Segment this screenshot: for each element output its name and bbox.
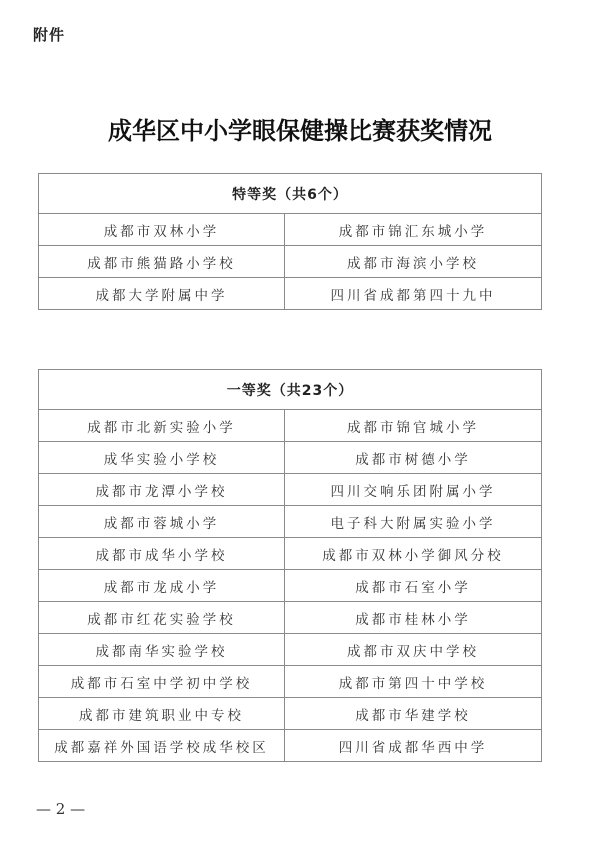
- table-row: 成都市石室中学初中学校 成都市第四十中学校: [39, 666, 542, 698]
- school-cell: 四川省成都第四十九中: [285, 278, 542, 310]
- table-row: 成都大学附属中学 四川省成都第四十九中: [39, 278, 542, 310]
- school-cell: 成华实验小学校: [39, 442, 285, 474]
- school-cell: 四川交响乐团附属小学: [285, 474, 542, 506]
- first-award-heading: 一等奖（共23个）: [39, 370, 542, 410]
- school-cell: 四川省成都华西中学: [285, 730, 542, 762]
- table-row: 成都市红花实验学校 成都市桂林小学: [39, 602, 542, 634]
- table-row: 成华实验小学校 成都市树德小学: [39, 442, 542, 474]
- school-cell: 成都市石室中学初中学校: [39, 666, 285, 698]
- table-row: 成都市北新实验小学 成都市锦官城小学: [39, 410, 542, 442]
- school-cell: 成都市红花实验学校: [39, 602, 285, 634]
- document-title: 成华区中小学眼保健操比赛获奖情况: [0, 111, 600, 146]
- school-cell: 成都市双林小学御风分校: [285, 538, 542, 570]
- school-cell: 成都市龙潭小学校: [39, 474, 285, 506]
- school-cell: 成都市石室小学: [285, 570, 542, 602]
- school-cell: 成都市双林小学: [39, 214, 285, 246]
- table-row: 成都市熊猫路小学校 成都市海滨小学校: [39, 246, 542, 278]
- school-cell: 成都市蓉城小学: [39, 506, 285, 538]
- school-cell: 成都市双庆中学校: [285, 634, 542, 666]
- table-row: 成都市成华小学校 成都市双林小学御风分校: [39, 538, 542, 570]
- table-row: 成都南华实验学校 成都市双庆中学校: [39, 634, 542, 666]
- school-cell: 成都市锦官城小学: [285, 410, 542, 442]
- page-number: — 2 —: [36, 800, 85, 818]
- special-award-table: 特等奖（共6个） 成都市双林小学 成都市锦汇东城小学 成都市熊猫路小学校 成都市…: [38, 173, 542, 310]
- table-row: 成都市双林小学 成都市锦汇东城小学: [39, 214, 542, 246]
- school-cell: 成都市桂林小学: [285, 602, 542, 634]
- school-cell: 成都市建筑职业中专校: [39, 698, 285, 730]
- school-cell: 成都市龙成小学: [39, 570, 285, 602]
- table-row: 成都市建筑职业中专校 成都市华建学校: [39, 698, 542, 730]
- first-award-table: 一等奖（共23个） 成都市北新实验小学 成都市锦官城小学 成华实验小学校 成都市…: [38, 369, 542, 762]
- table-header-row: 特等奖（共6个）: [39, 174, 542, 214]
- school-cell: 成都市锦汇东城小学: [285, 214, 542, 246]
- school-cell: 成都南华实验学校: [39, 634, 285, 666]
- school-cell: 成都市北新实验小学: [39, 410, 285, 442]
- special-award-heading: 特等奖（共6个）: [39, 174, 542, 214]
- table-row: 成都嘉祥外国语学校成华校区 四川省成都华西中学: [39, 730, 542, 762]
- school-cell: 成都市树德小学: [285, 442, 542, 474]
- school-cell: 成都大学附属中学: [39, 278, 285, 310]
- school-cell: 成都市华建学校: [285, 698, 542, 730]
- table-row: 成都市蓉城小学 电子科大附属实验小学: [39, 506, 542, 538]
- table-row: 成都市龙潭小学校 四川交响乐团附属小学: [39, 474, 542, 506]
- school-cell: 电子科大附属实验小学: [285, 506, 542, 538]
- table-header-row: 一等奖（共23个）: [39, 370, 542, 410]
- school-cell: 成都嘉祥外国语学校成华校区: [39, 730, 285, 762]
- school-cell: 成都市成华小学校: [39, 538, 285, 570]
- school-cell: 成都市海滨小学校: [285, 246, 542, 278]
- table-row: 成都市龙成小学 成都市石室小学: [39, 570, 542, 602]
- school-cell: 成都市熊猫路小学校: [39, 246, 285, 278]
- attachment-label: 附件: [33, 24, 65, 45]
- school-cell: 成都市第四十中学校: [285, 666, 542, 698]
